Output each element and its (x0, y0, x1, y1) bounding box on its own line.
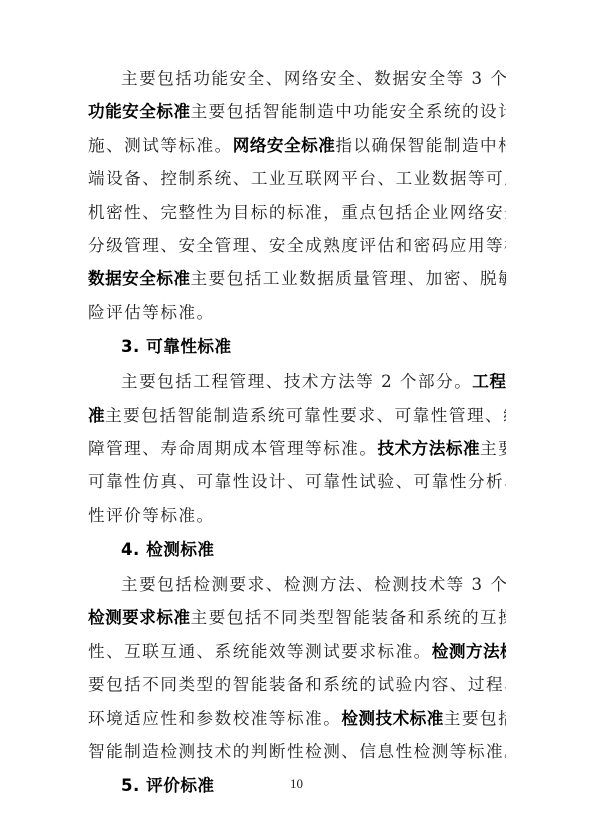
body-text: 主要包括检测要求、检测方法、检测技术等 3 个部分。 (121, 575, 506, 594)
body-text: 障管理、寿命周期成本管理等标准。 (88, 439, 378, 458)
bold-term: 准 (88, 406, 105, 425)
bold-term: 检测技术标准 (341, 709, 444, 728)
body-text: 主要包括工业数据质量管理、加密、脱敏及风 (191, 269, 506, 288)
text-line: 检测要求标准主要包括不同类型智能装备和系统的互操作 (88, 601, 506, 634)
text-line: 主要包括工程管理、技术方法等 2 个部分。工程管理标 (88, 365, 506, 398)
bold-term: 工程管理标 (472, 372, 506, 391)
text-line: 准主要包括智能制造系统可靠性要求、可靠性管理、综合保 (88, 399, 506, 432)
body-text: 主要包括智能制造系统可靠性要求、可靠性管理、综合保 (105, 406, 506, 425)
bold-term: 技术方法标准 (378, 439, 481, 458)
text-line: 要包括不同类型的智能装备和系统的试验内容、过程、分析、 (88, 668, 506, 701)
body-text: 主要包括面向 (444, 709, 506, 728)
body-text: 要包括不同类型的智能装备和系统的试验内容、过程、分析、 (88, 675, 506, 694)
text-line: 主要包括检测要求、检测方法、检测技术等 3 个部分。 (88, 568, 506, 601)
text-line: 机密性、完整性为目标的标准，重点包括企业网络安全分类 (88, 196, 506, 229)
body-text: 分级管理、安全管理、安全成熟度评估和密码应用等标准。 (88, 236, 506, 255)
text-line: 智能制造检测技术的判断性检测、信息性检测等标准。 (88, 735, 506, 768)
body-text: 主要包括智能制造中功能安全系统的设计、实 (191, 102, 506, 121)
text-line: 数据安全标准主要包括工业数据质量管理、加密、脱敏及风 (88, 262, 506, 295)
text-line: 功能安全标准主要包括智能制造中功能安全系统的设计、实 (88, 95, 506, 128)
heading-testing-standards: 4. 检测标准 (88, 532, 506, 568)
body-text: 环境适应性和参数校准等标准。 (88, 709, 341, 728)
text-line: 可靠性仿真、可靠性设计、可靠性试验、可靠性分析、可靠 (88, 465, 506, 498)
body-text: 性、互联互通、系统能效等测试要求标准。 (88, 642, 432, 661)
bold-term: 功能安全标准 (88, 102, 191, 121)
text-line: 分级管理、安全管理、安全成熟度评估和密码应用等标准。 (88, 229, 506, 262)
text-line: 施、测试等标准。网络安全标准指以确保智能制造中相关终 (88, 129, 506, 162)
body-text: 险评估等标准。 (88, 303, 215, 322)
text-line: 环境适应性和参数校准等标准。检测技术标准主要包括面向 (88, 702, 506, 735)
body-text: 主要包括 (480, 439, 506, 458)
heading-reliability-standards: 3. 可靠性标准 (88, 329, 506, 365)
body-text: 可靠性仿真、可靠性设计、可靠性试验、可靠性分析、可靠 (88, 472, 506, 491)
text-line: 性、互联互通、系统能效等测试要求标准。检测方法标准主 (88, 635, 506, 668)
body-text: 主要包括不同类型智能装备和系统的互操作 (191, 608, 506, 627)
text-line: 险评估等标准。 (88, 296, 506, 329)
bold-term: 数据安全标准 (88, 269, 191, 288)
body-text: 指以确保智能制造中相关终 (335, 136, 506, 155)
body-text: 性评价等标准。 (88, 506, 215, 525)
body-text: 主要包括功能安全、网络安全、数据安全等 3 个部分。 (121, 69, 506, 88)
text-line: 端设备、控制系统、工业互联网平台、工业数据等可用性、 (88, 162, 506, 195)
text-line: 主要包括功能安全、网络安全、数据安全等 3 个部分。 (88, 62, 506, 95)
body-text: 端设备、控制系统、工业互联网平台、工业数据等可用性、 (88, 169, 506, 188)
paragraph-security-standards: 主要包括功能安全、网络安全、数据安全等 3 个部分。功能安全标准主要包括智能制造… (88, 62, 506, 329)
bold-term: 网络安全标准 (233, 136, 336, 155)
bold-term: 检测要求标准 (88, 608, 191, 627)
bold-term: 检测方法标准 (432, 642, 506, 661)
body-text: 主要包括工程管理、技术方法等 2 个部分。 (121, 372, 472, 391)
document-page: 主要包括功能安全、网络安全、数据安全等 3 个部分。功能安全标准主要包括智能制造… (88, 62, 506, 804)
paragraph-reliability-standards: 主要包括工程管理、技术方法等 2 个部分。工程管理标准主要包括智能制造系统可靠性… (88, 365, 506, 532)
page-number: 10 (0, 776, 593, 792)
paragraph-testing-standards: 主要包括检测要求、检测方法、检测技术等 3 个部分。检测要求标准主要包括不同类型… (88, 568, 506, 768)
text-line: 障管理、寿命周期成本管理等标准。技术方法标准主要包括 (88, 432, 506, 465)
text-line: 性评价等标准。 (88, 499, 506, 532)
body-text: 机密性、完整性为目标的标准，重点包括企业网络安全分类 (88, 203, 506, 222)
body-text: 施、测试等标准。 (88, 136, 233, 155)
body-text: 智能制造检测技术的判断性检测、信息性检测等标准。 (88, 742, 506, 761)
